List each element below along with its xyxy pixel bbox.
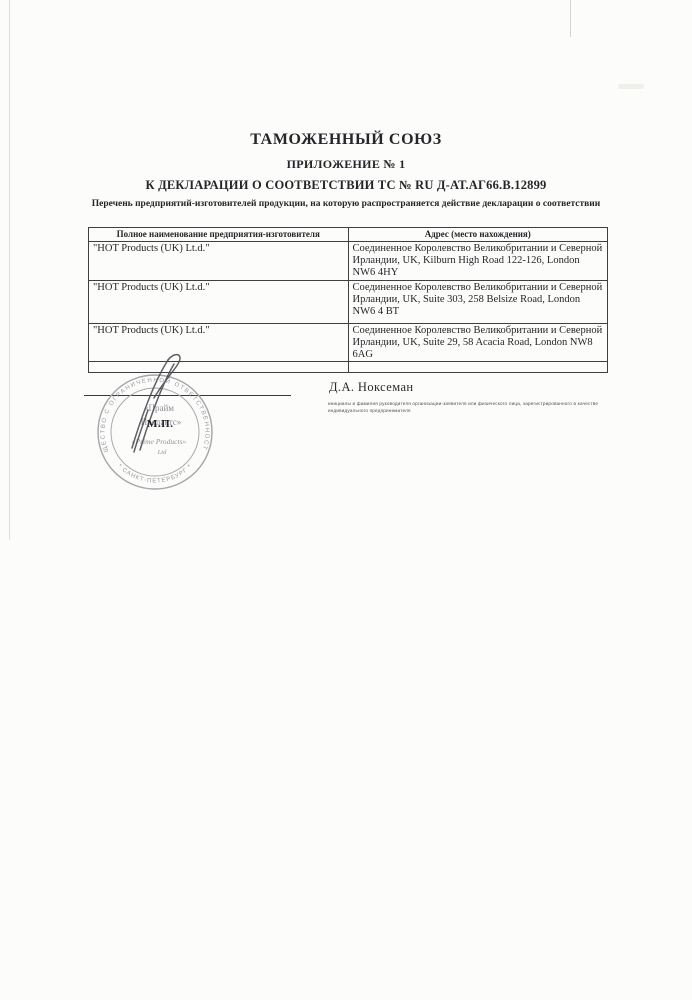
stamp-inner-circle — [111, 388, 199, 476]
column-header-name: Полное наименование предприятия-изготови… — [89, 228, 349, 242]
table-row: "HOT Products (UK) Lt.d." Соединенное Ко… — [89, 242, 608, 281]
table-header-row: Полное наименование предприятия-изготови… — [89, 228, 608, 242]
signature-caption-line2: индивидуального предпринимателя — [328, 408, 608, 415]
doc-appendix-title: ПРИЛОЖЕНИЕ № 1 — [86, 157, 606, 172]
manufacturer-name-cell: "HOT Products (UK) Lt.d." — [89, 281, 349, 324]
table-row: "HOT Products (UK) Lt.d." Соединенное Ко… — [89, 281, 608, 324]
signatory-name: Д.А. Ноксеман — [329, 380, 413, 395]
scan-line-artifact — [570, 0, 571, 37]
doc-declaration-number: К ДЕКЛАРАЦИИ О СООТВЕТСТВИИ ТС № RU Д-АТ… — [86, 178, 606, 193]
scanned-document-page: ТАМОЖЕННЫЙ СОЮЗ ПРИЛОЖЕНИЕ № 1 К ДЕКЛАРА… — [0, 0, 692, 1000]
scan-smudge-artifact — [618, 84, 644, 89]
scan-edge-artifact — [9, 0, 10, 540]
stamp-company-ltd: Ltd — [157, 449, 167, 456]
doc-title: ТАМОЖЕННЫЙ СОЮЗ — [86, 131, 606, 149]
manufacturer-address-cell: Соединенное Королевство Великобритании и… — [348, 281, 608, 324]
manufacturer-address-cell: Соединенное Королевство Великобритании и… — [348, 324, 608, 362]
manufacturer-name-cell: "HOT Products (UK) Lt.d." — [89, 242, 349, 281]
stamp-outer-circle — [98, 375, 212, 489]
doc-description: Перечень предприятий-изготовителей проду… — [86, 198, 606, 211]
manufacturer-address-cell: Соединенное Королевство Великобритании и… — [348, 242, 608, 281]
column-header-address: Адрес (место нахождения) — [348, 228, 608, 242]
signature-caption: инициалы и фамилия руководителя организа… — [328, 401, 608, 415]
place-of-seal-label: М.П. — [147, 418, 173, 430]
document-header: ТАМОЖЕННЫЙ СОЮЗ ПРИЛОЖЕНИЕ № 1 К ДЕКЛАРА… — [86, 131, 606, 210]
stamp-company-name-ru-1: «Прайм — [144, 403, 174, 413]
signature-caption-line1: инициалы и фамилия руководителя организа… — [328, 401, 608, 408]
stamp-company-name-en: «Prime Products» — [132, 437, 187, 446]
